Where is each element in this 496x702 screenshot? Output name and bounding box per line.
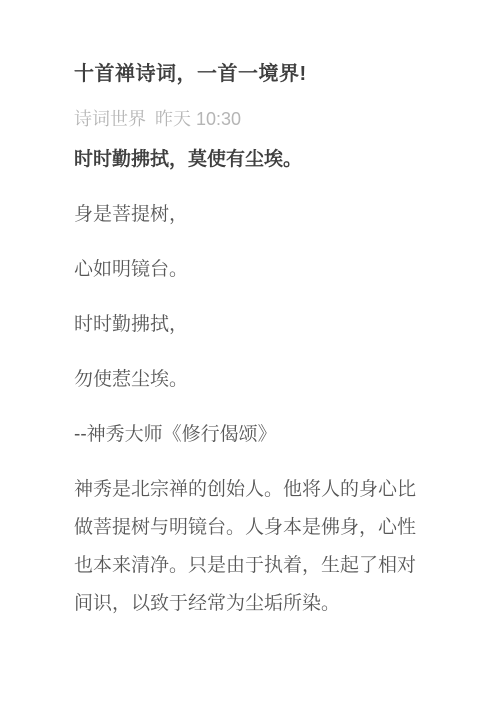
poem-attribution: --神秀大师《修行偈颂》: [74, 421, 422, 449]
byline: 诗词世界昨天 10:30: [74, 106, 422, 132]
commentary-paragraph: 神秀是北宗禅的创始人。他将人的身心比做菩提树与明镜台。人身本是佛身，心性也本来清…: [74, 471, 422, 623]
lead-quote: 时时勤拂拭，莫使有尘埃。: [74, 146, 422, 174]
poem-line-1: 身是菩提树，: [74, 201, 422, 229]
article-page: 十首禅诗词，一首一境界! 诗词世界昨天 10:30 时时勤拂拭，莫使有尘埃。 身…: [0, 0, 496, 702]
author-name[interactable]: 诗词世界: [74, 109, 146, 129]
poem-line-2: 心如明镜台。: [74, 256, 422, 284]
poem-line-4: 勿使惹尘埃。: [74, 366, 422, 394]
article-body: 十首禅诗词，一首一境界! 诗词世界昨天 10:30 时时勤拂拭，莫使有尘埃。 身…: [0, 0, 496, 702]
article-title: 十首禅诗词，一首一境界!: [74, 60, 422, 88]
poem-line-3: 时时勤拂拭，: [74, 311, 422, 339]
publish-time: 昨天 10:30: [155, 109, 241, 129]
